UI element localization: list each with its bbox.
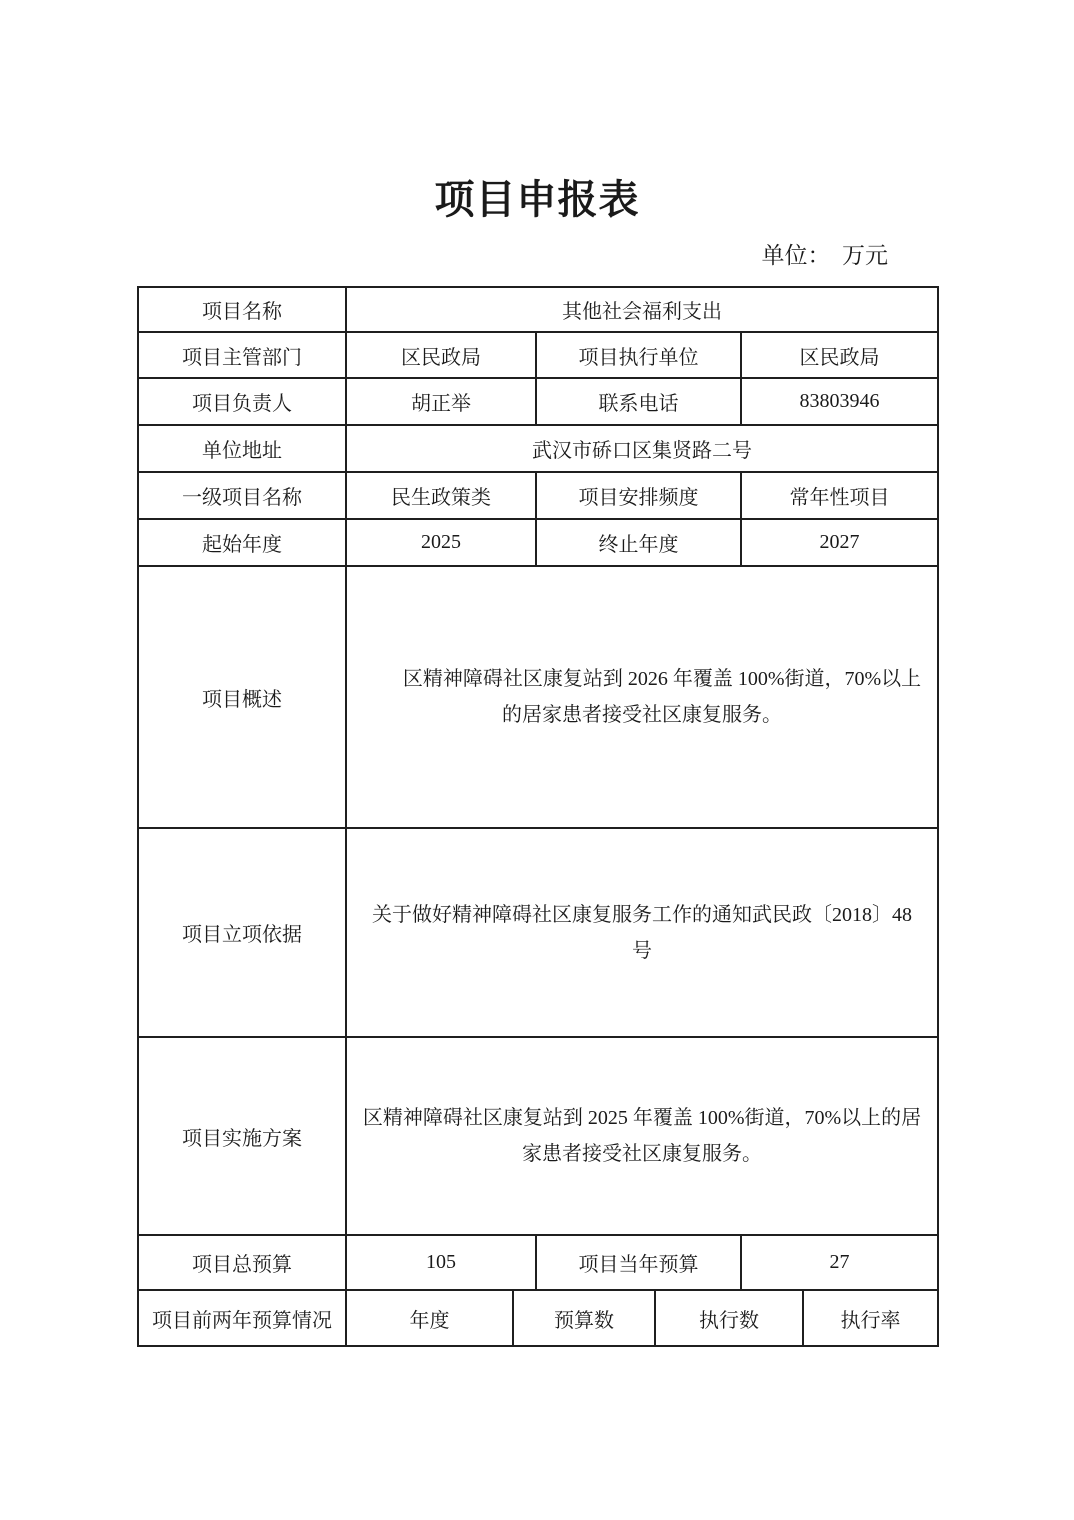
leader-label: 项目负责人	[138, 378, 346, 425]
basis-value: 关于做好精神障碍社区康复服务工作的通知武民政〔2018〕48 号	[346, 828, 938, 1037]
basis-label: 项目立项依据	[138, 828, 346, 1037]
address-label: 单位地址	[138, 425, 346, 472]
overview-label: 项目概述	[138, 566, 346, 828]
phone-value: 83803946	[741, 378, 938, 425]
current-budget-label: 项目当年预算	[536, 1235, 741, 1290]
frequency-value: 常年性项目	[741, 472, 938, 519]
history-label: 项目前两年预算情况	[138, 1290, 346, 1346]
application-form-table: 项目名称 其他社会福利支出 项目主管部门 区民政局 项目执行单位 区民政局 项目…	[137, 286, 939, 1347]
address-value: 武汉市硚口区集贤路二号	[346, 425, 938, 472]
start-year-value: 2025	[346, 519, 536, 566]
row-project-name: 项目名称 其他社会福利支出	[138, 287, 938, 332]
dept-label: 项目主管部门	[138, 332, 346, 378]
history-col-exec: 执行数	[655, 1290, 803, 1346]
row-leader: 项目负责人 胡正举 联系电话 83803946	[138, 378, 938, 425]
plan-label: 项目实施方案	[138, 1037, 346, 1235]
row-years: 起始年度 2025 终止年度 2027	[138, 519, 938, 566]
overview-value: 区精神障碍社区康复站到 2026 年覆盖 100%街道，70%以上 的居家患者接…	[346, 566, 938, 828]
unit-label: 单位： 万元	[762, 237, 889, 270]
level1-value: 民生政策类	[346, 472, 536, 519]
history-col-rate: 执行率	[803, 1290, 938, 1346]
leader-value: 胡正举	[346, 378, 536, 425]
current-budget-value: 27	[741, 1235, 938, 1290]
project-name-value: 其他社会福利支出	[346, 287, 938, 332]
plan-value: 区精神障碍社区康复站到 2025 年覆盖 100%街道，70%以上的居 家患者接…	[346, 1037, 938, 1235]
exec-unit-label: 项目执行单位	[536, 332, 741, 378]
phone-label: 联系电话	[536, 378, 741, 425]
row-history-header: 项目前两年预算情况 年度 预算数 执行数 执行率	[138, 1290, 938, 1346]
row-level1: 一级项目名称 民生政策类 项目安排频度 常年性项目	[138, 472, 938, 519]
row-address: 单位地址 武汉市硚口区集贤路二号	[138, 425, 938, 472]
exec-unit-value: 区民政局	[741, 332, 938, 378]
row-basis: 项目立项依据 关于做好精神障碍社区康复服务工作的通知武民政〔2018〕48 号	[138, 828, 938, 1037]
document-page: 项目申报表 单位： 万元 项目名称 其他社会福利支出 项目主管部门 区民政局 项…	[0, 0, 1074, 1520]
row-overview: 项目概述 区精神障碍社区康复站到 2026 年覆盖 100%街道，70%以上 的…	[138, 566, 938, 828]
frequency-label: 项目安排频度	[536, 472, 741, 519]
start-year-label: 起始年度	[138, 519, 346, 566]
history-col-budget: 预算数	[513, 1290, 655, 1346]
history-col-year: 年度	[346, 1290, 513, 1346]
page-title: 项目申报表	[0, 168, 1074, 225]
total-budget-value: 105	[346, 1235, 536, 1290]
row-plan: 项目实施方案 区精神障碍社区康复站到 2025 年覆盖 100%街道，70%以上…	[138, 1037, 938, 1235]
level1-label: 一级项目名称	[138, 472, 346, 519]
total-budget-label: 项目总预算	[138, 1235, 346, 1290]
project-name-label: 项目名称	[138, 287, 346, 332]
row-budget: 项目总预算 105 项目当年预算 27	[138, 1235, 938, 1290]
end-year-value: 2027	[741, 519, 938, 566]
end-year-label: 终止年度	[536, 519, 741, 566]
dept-value: 区民政局	[346, 332, 536, 378]
row-dept: 项目主管部门 区民政局 项目执行单位 区民政局	[138, 332, 938, 378]
